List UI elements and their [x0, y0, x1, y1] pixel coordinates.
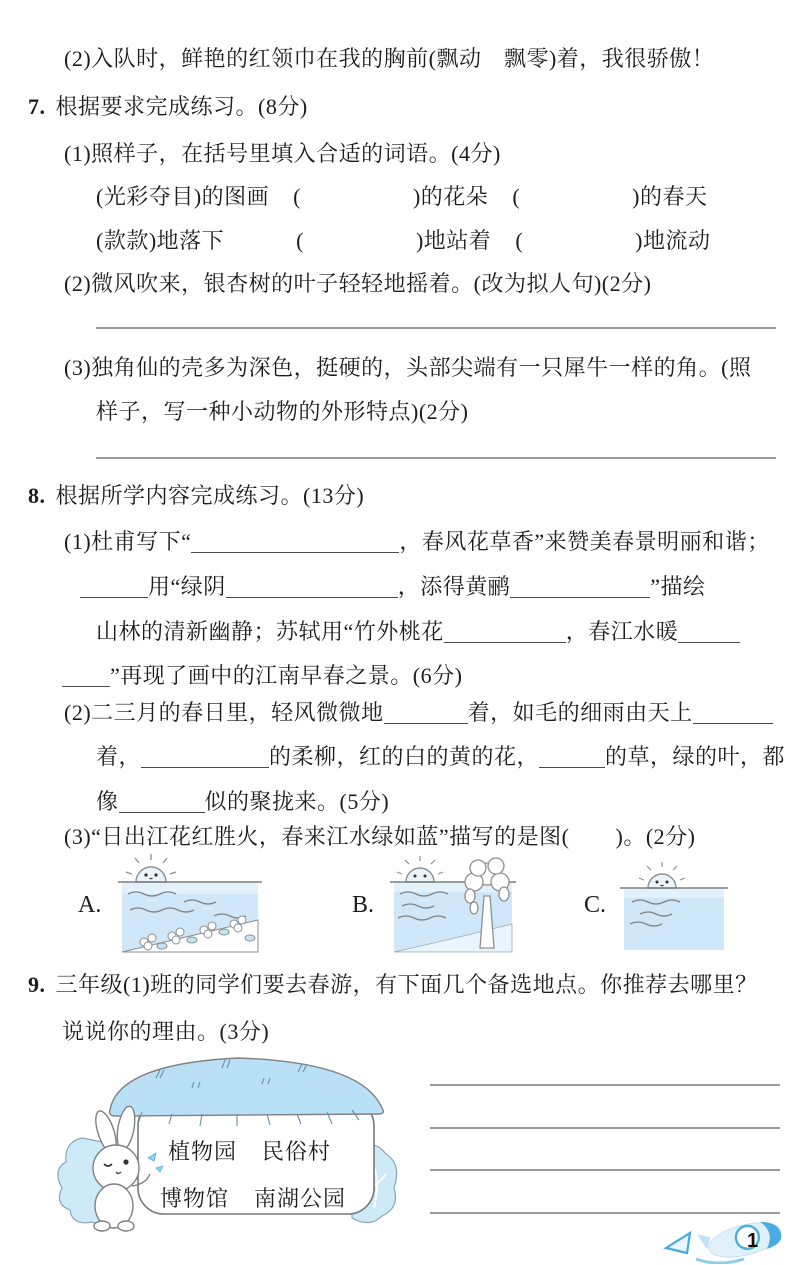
- grass-roof: [110, 1058, 384, 1116]
- paren-close: )的花朵: [413, 184, 488, 209]
- text-segment: ”再现了画中的江南早春之景。(6分): [110, 663, 462, 688]
- option-b-illustration-sunrise-tree: [388, 852, 518, 958]
- option-a-label: A.: [78, 892, 101, 919]
- sun-icon: [406, 868, 434, 882]
- paren-blank: [304, 244, 416, 248]
- paren-blank: [570, 840, 616, 844]
- text-segment: ”描绘: [650, 574, 705, 599]
- text-segment: 的草，绿的叶，都: [605, 744, 785, 769]
- question-7-title: 根据要求完成练习。(8分): [56, 94, 308, 119]
- text-segment: 山林的清新幽静；苏轼用“竹外桃花: [96, 619, 444, 644]
- text-segment: 似的聚拢来。(5分): [205, 789, 390, 814]
- text-segment: ，春江水暖: [566, 619, 679, 644]
- option-a-illustration-sunrise-flowers: [114, 850, 266, 958]
- option-c-illustration-sunrise-water: [618, 858, 730, 954]
- text-segment: 的柔柳，红的白的黄的花，: [269, 744, 539, 769]
- fill-blank: [191, 532, 399, 553]
- question-7-item-2-label: (2)微风吹来，银杏树的叶子轻轻地摇着。(改为拟人句)(2分): [64, 269, 651, 299]
- sign-location-4: 南湖公园: [254, 1182, 346, 1213]
- paren-blank: [301, 200, 413, 204]
- question-7-item-3-line-2: 样子，写一种小动物的外形特点)(2分): [96, 397, 468, 427]
- question-8-item-1-line-1: (1)杜甫写下“，春风花草香”来赞美春景明丽和谐；: [64, 527, 770, 557]
- question-9-line-1: 三年级(1)班的同学们要去春游，有下面几个备选地点。你推荐去哪里？: [56, 972, 758, 997]
- paren-open: (: [296, 228, 304, 253]
- option-b-label: B.: [352, 892, 374, 919]
- fill-blank: [384, 703, 468, 724]
- question-6-item-2: (2)入队时，鲜艳的红领巾在我的胸前(飘动 飘零)着，我很骄傲！: [64, 44, 714, 74]
- sign-location-1: 植物园: [168, 1135, 237, 1166]
- paren-open: (: [512, 184, 520, 209]
- text-segment: 用“绿阴: [148, 574, 226, 599]
- text-segment: 像: [96, 789, 119, 814]
- question-8-item-2-line-1: (2)二三月的春日里，轻风微微地着，如毛的细雨由天上: [64, 698, 773, 728]
- text-segment: ，春风花草香”来赞美春景明丽和谐；: [399, 529, 769, 554]
- answer-line: [96, 327, 776, 329]
- question-7-number: 7.: [28, 94, 46, 119]
- question-8-item-2-line-2: 着，的柔柳，红的白的黄的花，的草，绿的叶，都: [96, 742, 785, 772]
- fill-blank: [510, 577, 650, 598]
- page-number: 1: [747, 1230, 758, 1253]
- rocket-swoosh: [696, 1259, 744, 1263]
- question-8-title: 根据所学内容完成练习。(13分): [56, 483, 365, 508]
- fill-blank: [444, 622, 566, 643]
- paren-open: (: [293, 184, 301, 209]
- text-segment: (2)二三月的春日里，轻风微微地: [64, 700, 384, 725]
- sign-location-3: 博物馆: [160, 1182, 229, 1213]
- fill-blank: [678, 622, 740, 643]
- question-7-item-1-label: (1)照样子，在括号里填入合适的词语。(4分): [64, 139, 501, 169]
- answer-line: [430, 1212, 780, 1214]
- question-8-item-1-line-4: ”再现了画中的江南早春之景。(6分): [62, 661, 462, 691]
- text-segment: ，添得黄鹂: [398, 574, 511, 599]
- fill-blank: [119, 792, 205, 813]
- example-phrase: (光彩夺目)的图画: [96, 184, 269, 209]
- answer-line: [96, 457, 776, 459]
- answer-line: [430, 1084, 780, 1086]
- question-8-item-3-label: (3)“日出江花红胜火，春来江水绿如蓝”描写的是图()。(2分): [64, 822, 696, 852]
- question-8-number: 8.: [28, 483, 46, 508]
- text-segment: (3)“日出江花红胜火，春来江水绿如蓝”描写的是图(: [64, 824, 570, 849]
- paren-close: )地流动: [635, 228, 710, 253]
- fill-blank: [62, 666, 110, 687]
- question-7-header: 7.根据要求完成练习。(8分): [28, 92, 308, 122]
- question-7-item-1-row-2: (款款)地落下 ()地站着 ()地流动: [96, 226, 710, 256]
- text-segment: 着，: [96, 744, 141, 769]
- text-segment: (1)杜甫写下“: [64, 529, 191, 554]
- question-7-item-3-line-1: (3)独角仙的壳多为深色，挺硬的，头部尖端有一只犀牛一样的角。(照: [64, 353, 751, 383]
- fill-blank: [226, 577, 398, 598]
- text-segment: 着，如毛的细雨由天上: [468, 700, 693, 725]
- paren-close: )地站着: [416, 228, 491, 253]
- option-c-label: C.: [584, 892, 606, 919]
- sign-location-2: 民俗村: [262, 1135, 331, 1166]
- fill-blank: [539, 747, 605, 768]
- paren-open: (: [515, 228, 523, 253]
- question-8-item-1-line-2: 用“绿阴，添得黄鹂”描绘: [80, 572, 706, 602]
- fill-blank: [80, 577, 148, 598]
- question-8-item-2-line-3: 像似的聚拢来。(5分): [96, 787, 389, 817]
- text-segment: )。(2分): [616, 824, 696, 849]
- paren-close: )的春天: [632, 184, 707, 209]
- question-7-item-1-row-1: (光彩夺目)的图画 ()的花朵 ()的春天: [96, 182, 707, 212]
- sun-icon: [136, 867, 166, 882]
- paren-blank: [520, 200, 632, 204]
- answer-line: [430, 1169, 780, 1171]
- paren-blank: [523, 244, 635, 248]
- fill-blank: [693, 703, 773, 724]
- test-paper-page: (2)入队时，鲜艳的红领巾在我的胸前(飘动 飘零)着，我很骄傲！ 7.根据要求完…: [0, 0, 800, 1265]
- answer-line: [430, 1127, 780, 1129]
- fill-blank: [141, 747, 269, 768]
- rocket-icon: [660, 1216, 795, 1264]
- question-9-header: 9.三年级(1)班的同学们要去春游，有下面几个备选地点。你推荐去哪里？: [28, 970, 758, 1000]
- example-phrase: (款款)地落下: [96, 228, 224, 253]
- question-9-number: 9.: [28, 972, 46, 997]
- question-8-item-1-line-3: 山林的清新幽静；苏轼用“竹外桃花，春江水暖: [96, 617, 740, 647]
- question-9-line-2: 说说你的理由。(3分): [62, 1017, 269, 1047]
- rocket-left-fin: [666, 1233, 690, 1253]
- question-8-header: 8.根据所学内容完成练习。(13分): [28, 481, 364, 511]
